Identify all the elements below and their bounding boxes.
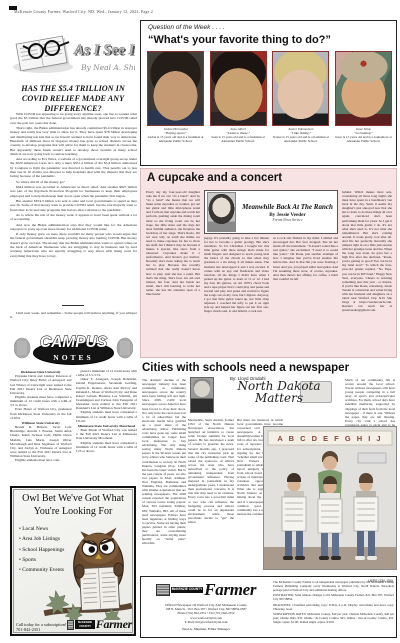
cities-col1: The dramatic decline of the newspaper in…	[142, 378, 186, 570]
campus-paragraph: Evan Honer of Watford City, graduated fr…	[10, 407, 72, 419]
qotw-headline: “What's your favorite thing to do?”	[148, 34, 331, 46]
cupcake-article: A cupcake and a concert Every day my fou…	[140, 168, 397, 358]
masthead-legal: The McKenzie County Farmer is an indepen…	[273, 581, 394, 627]
editorial-body: With COVID not appearing to be going awa…	[10, 112, 137, 302]
section-divider	[62, 305, 84, 306]
running-head: McKenzie County Farmer, Watford City, ND…	[14, 9, 153, 14]
cupcake-middle: Meanwhile Back At The Ranch By Jessie Ve…	[204, 190, 338, 354]
newspaper-glasses-illustration: As I See It As I See It By Neal A. Shipm…	[11, 19, 135, 81]
editorial-paragraph: So where did all of the money go?	[10, 180, 137, 184]
column-credit: Forum News Service	[238, 218, 337, 222]
ad-footer: Call today for a subscription! 701-842-2…	[16, 617, 132, 632]
cupcake-col3: as a rock star flashed in my mind. I smi…	[273, 236, 338, 352]
campus-paragraph: Eligible students must have completed a …	[10, 395, 72, 407]
person-desc: Isaac is 15 years old and is a sophomore…	[335, 135, 392, 143]
legal-paragraph: SUBSCRIPTION RATES: McKenzie County, $40…	[273, 613, 394, 625]
ad-headline-line1: Owl Bet We've Got What	[12, 493, 134, 506]
qotw-kicker: Question of the Week . . . .	[148, 24, 225, 31]
cities-col4: Much of our community life is woven arou…	[345, 378, 395, 426]
qotw-person: Sean Albert “Listen to music.” Sean is 1…	[210, 51, 267, 143]
portrait-photo	[335, 51, 392, 126]
legal-paragraph: The McKenzie County Farmer is an indepen…	[273, 581, 394, 593]
nd-matters-title: North Dakota Matters	[224, 380, 334, 404]
question-of-week-box: Question of the Week . . . . “What's you…	[140, 20, 397, 166]
subscription-ad: Owl Bet We've Got What You're Looking Fo…	[10, 486, 136, 636]
nd-title-line2: Matters	[224, 392, 334, 404]
campus-notes-col2: pleted a minimum of 12 credit hours with…	[76, 369, 138, 483]
email-line: E-Mail: mcf@watfordcitynd.com	[143, 620, 269, 624]
portrait-photo	[210, 51, 267, 126]
qotw-person: Xavier Edmondson “I like fishing.” Xavie…	[272, 51, 329, 143]
campus-logo-word: CAMPUS	[40, 334, 108, 351]
cities-headline: Cities with schools need a newspaper	[142, 362, 349, 374]
editor-line: Neal A. Shipman, Editor Manager	[143, 627, 269, 631]
editorial-paragraph: As to where the rest of the money went, …	[10, 213, 137, 222]
nd-matters-box: By: Lloyd Omdahl North Dakota Matters	[188, 375, 334, 415]
as-i-see-it-title: As I See It	[73, 42, 135, 58]
campus-paragraph: Priyanka Davis and Lindsay Peterson of W…	[10, 374, 72, 395]
column-title: Meanwhile Back At The Ranch	[238, 203, 337, 211]
alphabet-banner: A B C D E F G H I J	[277, 434, 382, 443]
classroom-photo: A B C D E F G H I J	[263, 426, 397, 570]
campus-paragraph: pleted a minimum of 12 credit hours with…	[76, 369, 138, 377]
brand-name: Farmer	[204, 580, 256, 600]
editorial-paragraph: That's right, the Biden administration h…	[10, 126, 137, 156]
jessie-veeder-photo	[207, 192, 236, 232]
campus-paragraph: Oskar T. Arnegard, Joseph Dobrinski, Ire…	[76, 377, 138, 410]
qotw-caption: Xavier Edmondson “I like fishing.” Xavie…	[272, 127, 329, 143]
editorial-paragraph: With COVID not appearing to be going awa…	[10, 112, 137, 125]
newspaper-stack-icon	[67, 620, 75, 630]
newspaper-page: McKenzie County Farmer, Watford City, ND…	[0, 0, 400, 643]
legal-paragraph: DEADLINES: Classified advertising copy: …	[273, 604, 394, 612]
cities-article: Cities with schools need a newspaper The…	[140, 362, 397, 572]
qotw-caption: Isaac Kline “Go hunting.” Isaac is 15 ye…	[335, 127, 392, 143]
ad-headline-line2: You're Looking For	[12, 506, 134, 519]
brand-county-label: McKENZIE COUNTY	[75, 620, 94, 628]
campus-paragraph: Brett Marsh of Watford City was named to…	[76, 428, 138, 440]
cities-col2: Meanwhile, Steve Andrist, former CEO of …	[188, 418, 234, 570]
masthead-box: USPS (330-150) McKENZIE COUNTY Farmer Of…	[140, 576, 397, 638]
cupcake-col2: puppy. It's probably going to take a hot…	[204, 236, 269, 352]
brand-name: Farmer	[96, 617, 132, 632]
editorial-headline: HAS THE $5.4 TRILLION IN COVID RELIEF MA…	[9, 84, 137, 114]
campus-paragraph: Eligible students must have completed a …	[76, 410, 138, 422]
ad-headline: Owl Bet We've Got What You're Looking Fo…	[12, 493, 134, 518]
campus-notes-body: Dickinson State University Priyanka Davi…	[10, 369, 137, 483]
editorial-paragraph: And according to Fox News, a website of …	[10, 157, 137, 179]
cupcake-headline: A cupcake and a concert	[147, 172, 282, 184]
person-desc: Jordan is 15 years old and is a freshman…	[147, 135, 204, 143]
editorial-paragraph: $644 million was provided to Americans a…	[10, 185, 137, 198]
cupcake-col1: Every day my four-year-old daughter asks…	[146, 190, 200, 354]
editorial-closing: Until next week, and remember - Some peo…	[10, 311, 137, 320]
as-i-see-it-byline: By Neal A. Shipman	[80, 63, 135, 72]
campus-paragraph: Eligible students must have completed a …	[76, 441, 138, 453]
qotw-caption: Sean Albert “Listen to music.” Sean is 1…	[210, 127, 267, 143]
qotw-people-row: Jordan Hernandez “Playing sports.” Jorda…	[147, 51, 392, 143]
campus-paragraph: Brandt R. Benson, Jacob Cole Blacklidge,…	[10, 425, 72, 458]
campus-notes-col1: Dickinson State University Priyanka Davi…	[10, 369, 72, 483]
editorial-paragraph: But another $674.3 billion was sent to s…	[10, 199, 137, 212]
ad-call-to-action: Call today for a subscription! 701-842-2…	[16, 622, 67, 632]
campus-notes-logo: CAMPUS NOTES	[14, 328, 133, 366]
farmer-logo: McKENZIE COUNTY Farmer	[67, 617, 132, 632]
cupcake-col4: behind. Which makes most sets, consideri…	[342, 190, 392, 354]
notes-logo-word: NOTES	[53, 353, 93, 362]
newspaper-stack-icon	[156, 584, 170, 596]
qotw-person: Jordan Hernandez “Playing sports.” Jorda…	[147, 51, 204, 143]
brand-county-label: McKENZIE COUNTY	[171, 587, 203, 593]
editorial-paragraph: And now the Biden administration says th…	[10, 223, 137, 232]
legal-paragraph: POSTMASTER: Send address changes to the …	[273, 594, 394, 602]
masthead-left: McKENZIE COUNTY Farmer Official Newspape…	[143, 580, 269, 631]
cupcake-columns: Every day my four-year-old daughter asks…	[146, 190, 392, 354]
lloyd-omdahl-photo	[190, 377, 214, 413]
campus-paragraph: Eligible students must have com-	[10, 458, 72, 462]
person-desc: Sean is 15 years old and is a freshman a…	[210, 135, 267, 143]
farmer-logo: McKENZIE COUNTY Farmer	[156, 580, 257, 600]
ranch-column-titles: Meanwhile Back At The Ranch By Jessie Ve…	[238, 203, 337, 222]
editorial-paragraph: If only money grew on trees, there would…	[10, 232, 137, 258]
qotw-caption: Jordan Hernandez “Playing sports.” Jorda…	[147, 127, 204, 143]
person-desc: Xavier is 15 years old and is a freshman…	[272, 135, 329, 143]
qotw-person: Isaac Kline “Go hunting.” Isaac is 15 ye…	[335, 51, 392, 143]
portrait-photo	[272, 51, 329, 126]
ranch-column-box: Meanwhile Back At The Ranch By Jessie Ve…	[204, 190, 338, 234]
portrait-photo	[147, 51, 204, 126]
owl-reading-newspaper-illustration	[42, 520, 134, 620]
as-i-see-it-logo: As I See It As I See It By Neal A. Shipm…	[11, 19, 135, 81]
